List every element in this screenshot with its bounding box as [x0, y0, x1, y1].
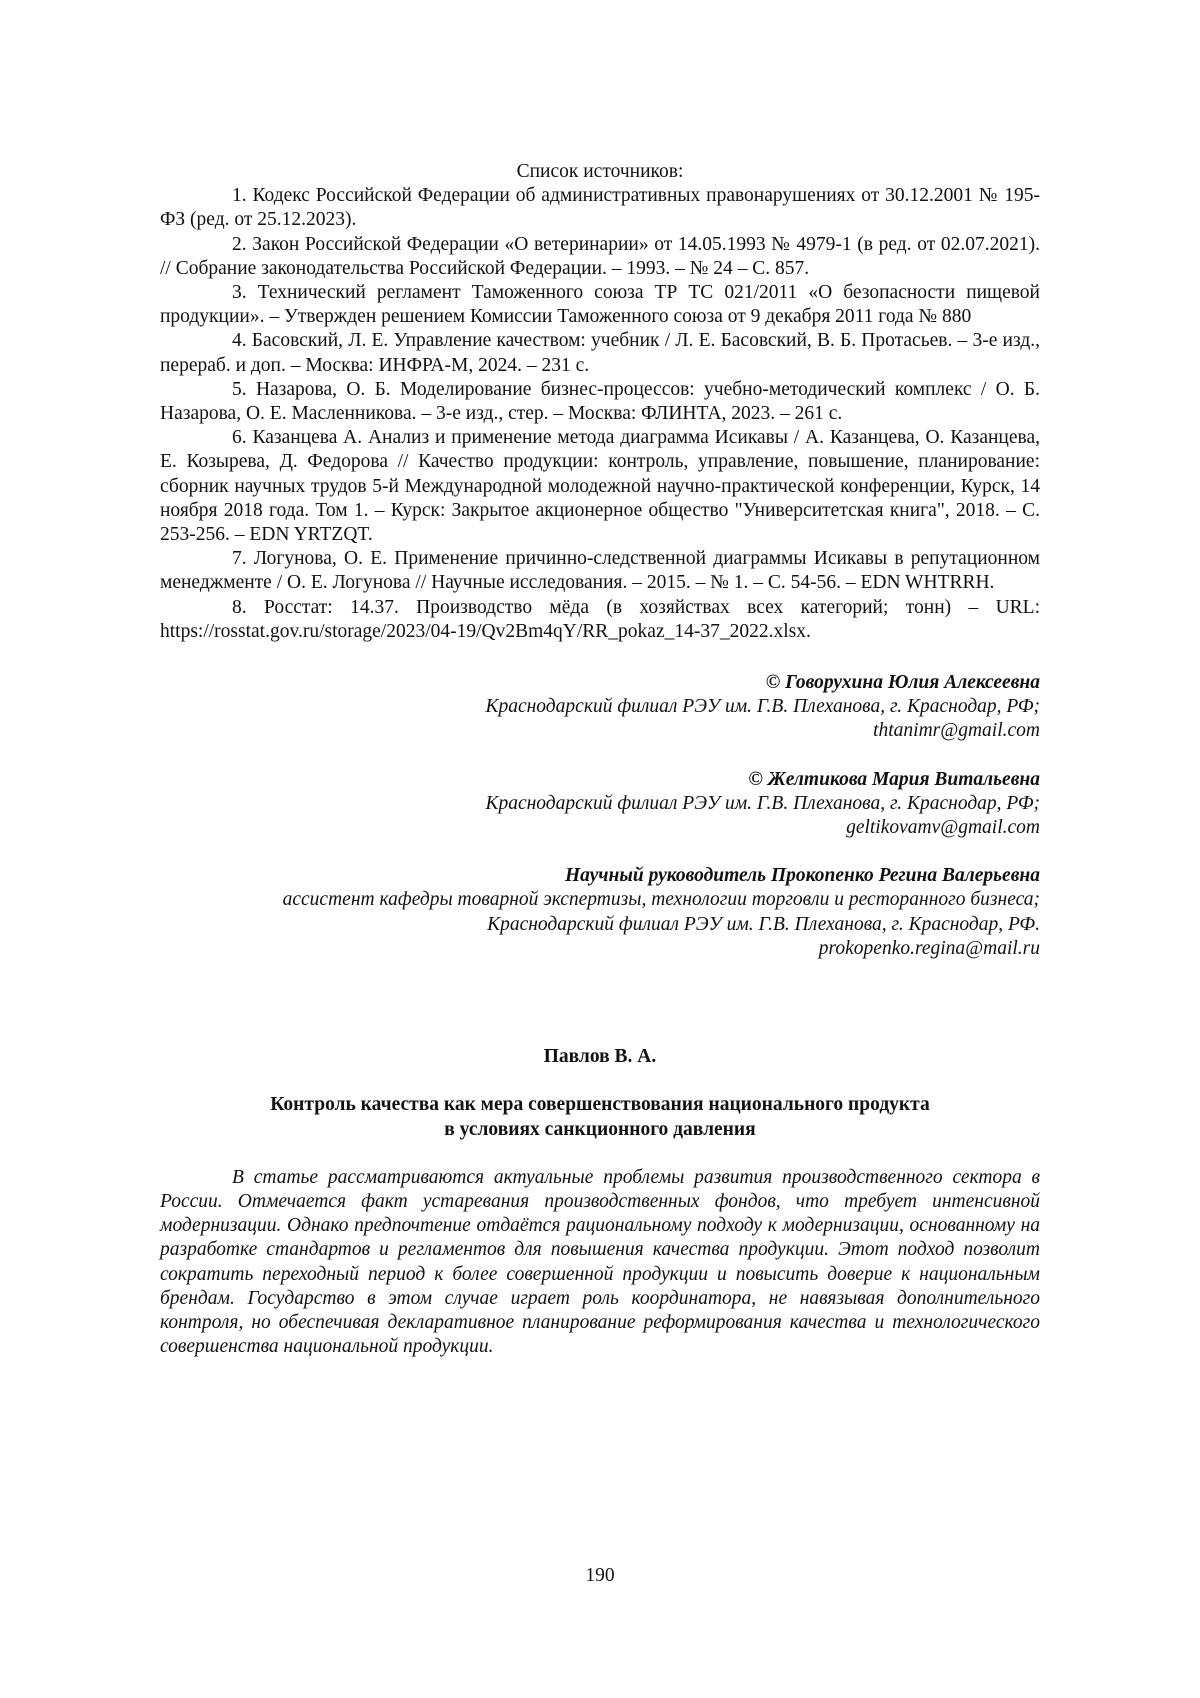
document-page: Список источников: 1. Кодекс Российской … [160, 160, 1040, 1359]
author-name: © Говорухина Юлия Алексеевна [160, 671, 1040, 695]
reference-item: 8. Росстат: 14.37. Производство мёда (в … [160, 596, 1040, 644]
reference-item: 1. Кодекс Российской Федерации об админи… [160, 184, 1040, 232]
article-header: Павлов В. А. Контроль качества как мера … [160, 1045, 1040, 1142]
page-number: 190 [0, 1565, 1200, 1587]
author-email: thtanimr@gmail.com [160, 719, 1040, 743]
supervisor-affiliation: Краснодарский филиал РЭУ им. Г.В. Плехан… [160, 913, 1040, 937]
reference-item: 7. Логунова, О. Е. Применение причинно-с… [160, 547, 1040, 595]
reference-item: 5. Назарова, О. Б. Моделирование бизнес-… [160, 378, 1040, 426]
reference-item: 3. Технический регламент Таможенного сою… [160, 281, 1040, 329]
author-signature: © Желтикова Мария Витальевна Краснодарск… [160, 768, 1040, 841]
supervisor-position: ассистент кафедры товарной экспертизы, т… [160, 888, 1040, 912]
author-affiliation: Краснодарский филиал РЭУ им. Г.В. Плехан… [160, 792, 1040, 816]
author-name: © Желтикова Мария Витальевна [160, 768, 1040, 792]
reference-item: 2. Закон Российской Федерации «О ветерин… [160, 233, 1040, 281]
reference-item: 4. Басовский, Л. Е. Управление качеством… [160, 329, 1040, 377]
supervisor-name: Научный руководитель Прокопенко Регина В… [160, 864, 1040, 888]
references-list: 1. Кодекс Российской Федерации об админи… [160, 184, 1040, 644]
supervisor-signature: Научный руководитель Прокопенко Регина В… [160, 864, 1040, 961]
article-title-line-2: в условиях санкционного давления [160, 1118, 1040, 1142]
article-title-line-1: Контроль качества как мера совершенствов… [160, 1093, 1040, 1117]
article-abstract: В статье рассматриваются актуальные проб… [160, 1166, 1040, 1360]
author-affiliation: Краснодарский филиал РЭУ им. Г.В. Плехан… [160, 695, 1040, 719]
article-author: Павлов В. А. [160, 1045, 1040, 1069]
reference-item: 6. Казанцева А. Анализ и применение мето… [160, 426, 1040, 547]
references-title: Список источников: [160, 160, 1040, 184]
references-section: Список источников: 1. Кодекс Российской … [160, 160, 1040, 644]
supervisor-email: prokopenko.regina@mail.ru [160, 937, 1040, 961]
author-signature: © Говорухина Юлия Алексеевна Краснодарск… [160, 671, 1040, 744]
author-email: geltikovamv@gmail.com [160, 816, 1040, 840]
